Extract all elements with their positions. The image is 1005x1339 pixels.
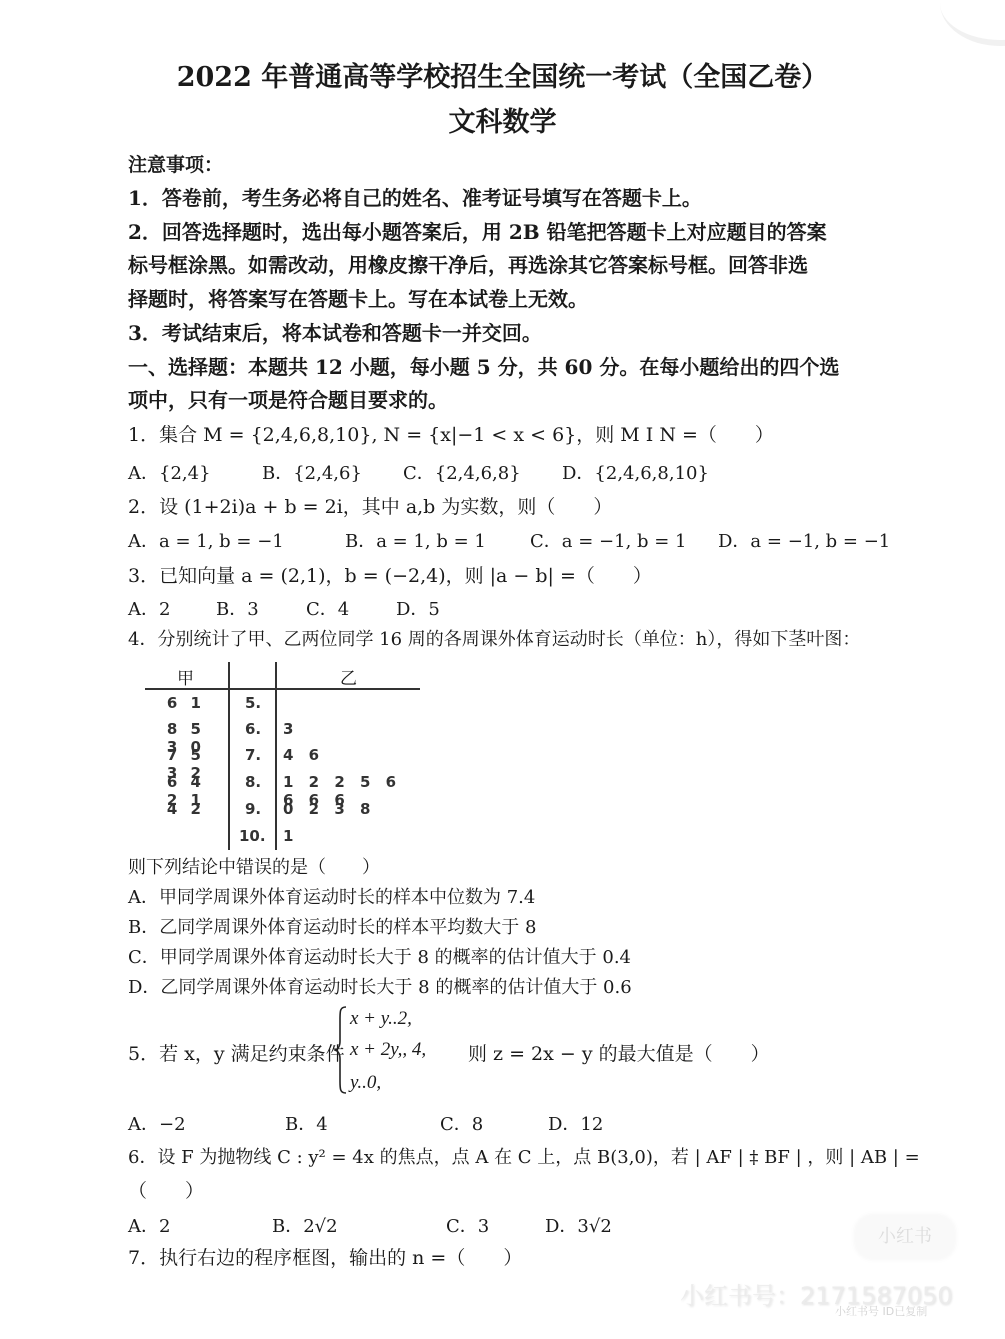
q2-option-c: C．a = −1, b = 1: [530, 527, 687, 553]
exam-subtitle: 文科数学: [0, 100, 1005, 139]
question-6: 6．设 F 为抛物线 C : y² = 4x 的焦点，点 A 在 C 上，点 B…: [128, 1143, 920, 1169]
q4-option-c: C．甲同学周课外体育运动时长大于 8 的概率的估计值大于 0.4: [128, 943, 631, 969]
question-3: 3．已知向量 a = (2,1)，b = (−2,4)，则 |a − b| =（…: [128, 561, 652, 588]
q3-option-d: D．5: [396, 595, 440, 621]
q4-option-a: A．甲同学周课外体育运动时长的样本中位数为 7.4: [128, 883, 535, 909]
question-5-prefix: 5．若 x，y 满足约束条件: [128, 1039, 345, 1066]
exam-page: 2022 年普通高等学校招生全国统一考试（全国乙卷） 文科数学 注意事项： 1．…: [0, 0, 1005, 1339]
stem-leaf-row: 4 2 9. 0 2 3 8: [145, 800, 420, 826]
q6-option-d: D．3√2: [545, 1212, 612, 1238]
q4-option-d: D．乙同学周课外体育运动时长大于 8 的概率的估计值大于 0.6: [128, 973, 632, 999]
q5-option-a: A．−2: [128, 1110, 186, 1136]
question-5-suffix: 则 z = 2x − y 的最大值是（ ）: [468, 1039, 770, 1066]
stem-leaf-row: 10. 1: [145, 827, 420, 853]
note-item-1: 1．答卷前，考生务必将自己的姓名、准考证号填写在答题卡上。: [128, 182, 702, 211]
constraint-2: x + 2y,, 4,: [350, 1039, 426, 1061]
notes-heading: 注意事项：: [128, 150, 223, 177]
q2-option-a: A．a = 1, b = −1: [128, 527, 284, 553]
left-brace-icon: [334, 1005, 348, 1095]
question-4-prompt: 则下列结论中错误的是（ ）: [128, 853, 380, 879]
question-7: 7．执行右边的程序框图，输出的 n =（ ）: [128, 1243, 522, 1270]
stem-leaf-header-right: 乙: [340, 664, 357, 689]
note-item-2: 2．回答选择题时，选出每小题答案后，用 2B 铅笔把答题卡上对应题目的答案: [128, 216, 827, 245]
section-heading-cont: 项中，只有一项是符合题目要求的。: [128, 384, 448, 413]
stem-leaf-divider: [145, 688, 420, 690]
constraint-3: y..0,: [350, 1072, 381, 1094]
q1-option-b: B．{2,4,6}: [262, 459, 362, 485]
stem-leaf-row: 8 5 3 0 6. 3: [145, 720, 420, 746]
watermark-logo: 小红书: [855, 1215, 955, 1259]
question-6-paren: （ ）: [128, 1176, 204, 1203]
note-item-2-cont2: 择题时，将答案写在答题卡上。写在本试卷上无效。: [128, 283, 588, 312]
q1-option-a: A．{2,4}: [128, 459, 211, 485]
section-heading: 一、选择题：本题共 12 小题，每小题 5 分，共 60 分。在每小题给出的四个…: [128, 351, 839, 380]
stem-leaf-row: 7 5 3 2 7. 4 6: [145, 746, 420, 772]
q4-option-b: B．乙同学周课外体育运动时长的样本平均数大于 8: [128, 913, 536, 939]
question-4: 4．分别统计了甲、乙两位同学 16 周的各周课外体育运动时长（单位：h），得如下…: [128, 625, 860, 651]
note-item-3: 3．考试结束后，将本试卷和答题卡一并交回。: [128, 317, 542, 346]
q1-option-c: C．{2,4,6,8}: [403, 459, 521, 485]
q1-option-d: D．{2,4,6,8,10}: [562, 459, 709, 485]
corner-decoration: [940, 0, 1005, 46]
stem-leaf-row: 6 4 2 1 8. 1 2 2 5 6 6 6 6: [145, 773, 420, 799]
stem-leaf-header-left: 甲: [177, 664, 194, 689]
stem-leaf-row: 6 1 5.: [145, 694, 420, 720]
q2-option-b: B．a = 1, b = 1: [345, 527, 486, 553]
q3-option-a: A．2: [128, 595, 170, 621]
watermark-subtext: 小红书号 ID已复制: [835, 1303, 927, 1319]
q6-option-a: A．2: [128, 1212, 170, 1238]
q2-option-d: D．a = −1, b = −1: [718, 527, 890, 553]
q5-option-c: C．8: [440, 1110, 483, 1136]
exam-title: 2022 年普通高等学校招生全国统一考试（全国乙卷）: [0, 55, 1005, 94]
constraint-1: x + y..2,: [350, 1008, 412, 1030]
note-item-2-cont: 标号框涂黑。如需改动，用橡皮擦干净后，再选涂其它答案标号框。回答非选: [128, 249, 808, 278]
q3-option-c: C．4: [306, 595, 349, 621]
q5-option-d: D．12: [548, 1110, 603, 1136]
q3-option-b: B．3: [216, 595, 259, 621]
stem-leaf-plot: 甲 乙 6 1 5. 8 5 3 0 6. 3 7 5 3 2 7. 4 6 6…: [145, 660, 425, 850]
question-2: 2．设 (1+2i)a + b = 2i，其中 a,b 为实数，则（ ）: [128, 492, 612, 519]
q5-option-b: B．4: [285, 1110, 328, 1136]
q6-option-c: C．3: [446, 1212, 489, 1238]
q6-option-b: B．2√2: [272, 1212, 338, 1238]
question-1: 1．集合 M = {2,4,6,8,10}, N = {x|−1 < x < 6…: [128, 420, 774, 447]
